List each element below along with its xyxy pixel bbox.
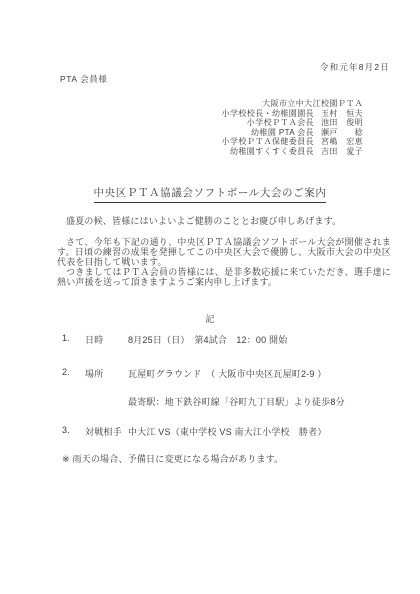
title-container: 中央区ＰＴＡ協議会ソフトボール大会のご案内 [0,183,420,203]
detail-item-place: 2. 場所 瓦屋町グラウンド （ 大阪市中央区瓦屋町2-9 ） [62,367,327,380]
item-value: 8月25日（日） 第4試合 12：00 開始 [128,333,287,346]
details-heading: 記 [0,312,420,325]
item-number: 2. [62,367,85,380]
body-text: 盛夏の候、皆様にはいよいよご健勝のこととお慶び申しあげます。 さて、今年も下記の… [57,217,391,287]
signatory-name: 玉村 恒夫 [321,109,363,119]
item-value: 中大江 VS（東中学校 VS 南大江小学校 勝者） [128,425,327,438]
body-paragraph-1: さて、今年も下記の通り、中央区ＰＴＡ協議会ソフトボール大会が開催されます。日頃の… [57,238,391,268]
document-page: 令和元年8月2日 PTA 会員様 大阪市立中大江校園ＰＴＡ 小学校校長・幼稚園園… [0,0,420,594]
signatory-role: 幼稚園すくすく委員長 [230,147,314,157]
signatory-role: 幼稚園 PTA 会長 [251,128,314,138]
signatory-name: 池田 俊明 [321,118,363,128]
document-title: 中央区ＰＴＡ協議会ソフトボール大会のご案内 [94,185,327,203]
signatory-name: 瀬戸 稔 [321,128,363,138]
sender-signatory: 幼稚園 PTA 会長 瀬戸 稔 [222,128,363,138]
sender-organization: 大阪市立中大江校園ＰＴＡ [222,99,363,109]
item-label: 日時 [85,333,128,346]
recipient-name: PTA 会員様 [60,73,108,85]
signatory-role: 小学校校長・幼稚園園長 [222,109,314,119]
detail-item-opponent: 3. 対戦相手 中大江 VS（東中学校 VS 南大江小学校 勝者） [62,425,327,438]
sender-signatory: 小学校ＰＴＡ保健委員長 宮嶋 宏恵 [222,137,363,147]
signatory-name: 吉田 愛子 [321,147,363,157]
signatory-role: 小学校ＰＴＡ会長 [247,118,314,128]
body-paragraph-2: つきましてはＰＴＡ会員の皆様には、是非多数応援に来ていただき、選手達に熱い声援を… [57,268,391,288]
signatory-name: 宮嶋 宏恵 [321,137,363,147]
item-label: 場所 [85,367,128,380]
sender-signatory: 小学校ＰＴＡ会長 池田 俊明 [222,118,363,128]
sender-signatory: 幼稚園すくすく委員長 吉田 愛子 [222,147,363,157]
document-date: 令和元年8月2日 [320,61,390,73]
sender-block: 大阪市立中大江校園ＰＴＡ 小学校校長・幼稚園園長 玉村 恒夫 小学校ＰＴＡ会長 … [222,99,363,157]
item-number: 3. [62,425,85,438]
sender-organization-label: 大阪市立中大江校園ＰＴＡ [262,99,363,109]
item-number: 1. [62,333,85,346]
detail-item-datetime: 1. 日時 8月25日（日） 第4試合 12：00 開始 [62,333,287,346]
greeting-paragraph: 盛夏の候、皆様にはいよいよご健勝のこととお慶び申しあげます。 [57,217,391,227]
item-label: 対戦相手 [85,425,128,438]
sender-signatory: 小学校校長・幼稚園園長 玉村 恒夫 [222,109,363,119]
rain-date-footnote: ※ 雨天の場合、予備日に変更になる場合があります。 [62,452,283,465]
station-access-note: 最寄駅：地下鉄谷町線「谷町九丁目駅」より徒歩8分 [128,395,345,408]
item-value: 瓦屋町グラウンド （ 大阪市中央区瓦屋町2-9 ） [128,367,327,380]
signatory-role: 小学校ＰＴＡ保健委員長 [222,137,314,147]
